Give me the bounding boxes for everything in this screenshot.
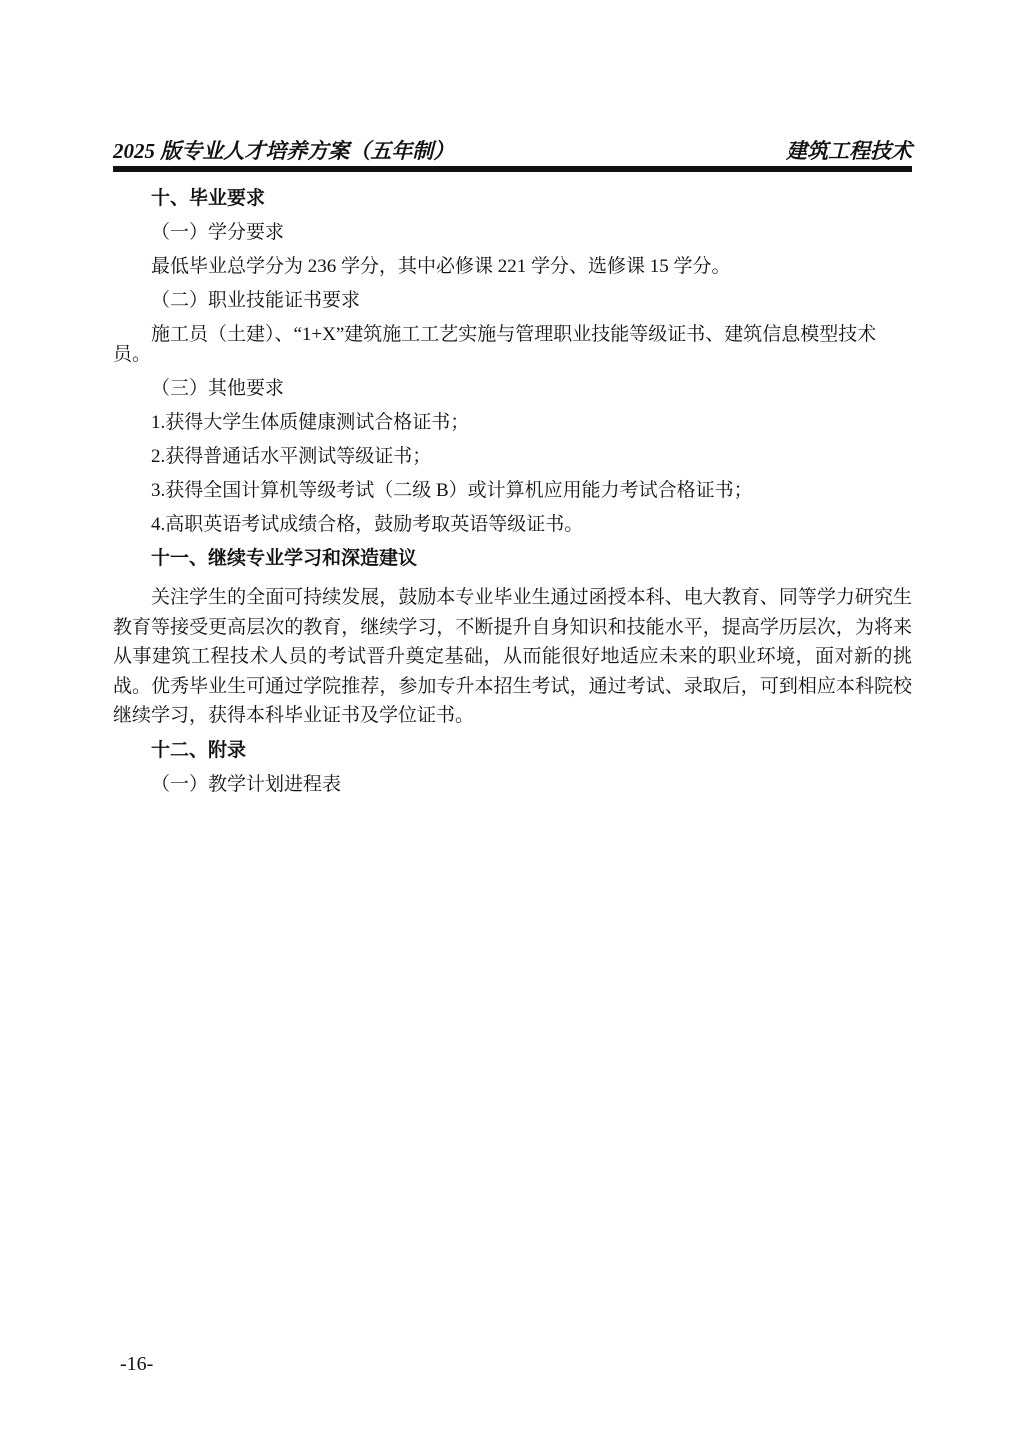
page-header: 2025 版专业人才培养方案（五年制） 建筑工程技术	[113, 0, 912, 162]
header-right-title: 建筑工程技术	[786, 140, 912, 162]
subsection-label-other: （三）其他要求	[113, 379, 912, 399]
section-heading-eleven: 十一、继续专业学习和深造建议	[113, 549, 912, 569]
body-line-requirement-2: 2.获得普通话水平测试等级证书；	[113, 447, 912, 467]
section-heading-twelve: 十二、附录	[113, 741, 912, 761]
page-footer: -16-	[120, 1353, 153, 1376]
subsection-label-certificate: （二）职业技能证书要求	[113, 291, 912, 311]
body-line-credit-requirement: 最低毕业总学分为 236 学分，其中必修课 221 学分、选修课 15 学分。	[113, 257, 912, 277]
document-body: 十、毕业要求 （一）学分要求 最低毕业总学分为 236 学分，其中必修课 221…	[113, 172, 912, 795]
paragraph-further-study: 关注学生的全面可持续发展，鼓励本专业毕业生通过函授本科、电大教育、同等学力研究生…	[113, 583, 912, 731]
page-content-area: 2025 版专业人才培养方案（五年制） 建筑工程技术 十、毕业要求 （一）学分要…	[113, 0, 912, 809]
subsection-label-credit: （一）学分要求	[113, 223, 912, 243]
page-number: -16-	[120, 1353, 153, 1375]
body-line-requirement-1: 1.获得大学生体质健康测试合格证书；	[113, 413, 912, 433]
body-line-certificate-list: 施工员（土建）、“1+X”建筑施工工艺实施与管理职业技能等级证书、建筑信息模型技…	[113, 325, 912, 365]
section-heading-ten: 十、毕业要求	[113, 189, 912, 209]
body-line-requirement-3: 3.获得全国计算机等级考试（二级 B）或计算机应用能力考试合格证书；	[113, 481, 912, 501]
subsection-label-appendix: （一）教学计划进程表	[113, 775, 912, 795]
header-left-title: 2025 版专业人才培养方案（五年制）	[113, 140, 454, 162]
document-page: 2025 版专业人才培养方案（五年制） 建筑工程技术 十、毕业要求 （一）学分要…	[0, 0, 1024, 1448]
body-line-requirement-4: 4.高职英语考试成绩合格，鼓励考取英语等级证书。	[113, 515, 912, 535]
